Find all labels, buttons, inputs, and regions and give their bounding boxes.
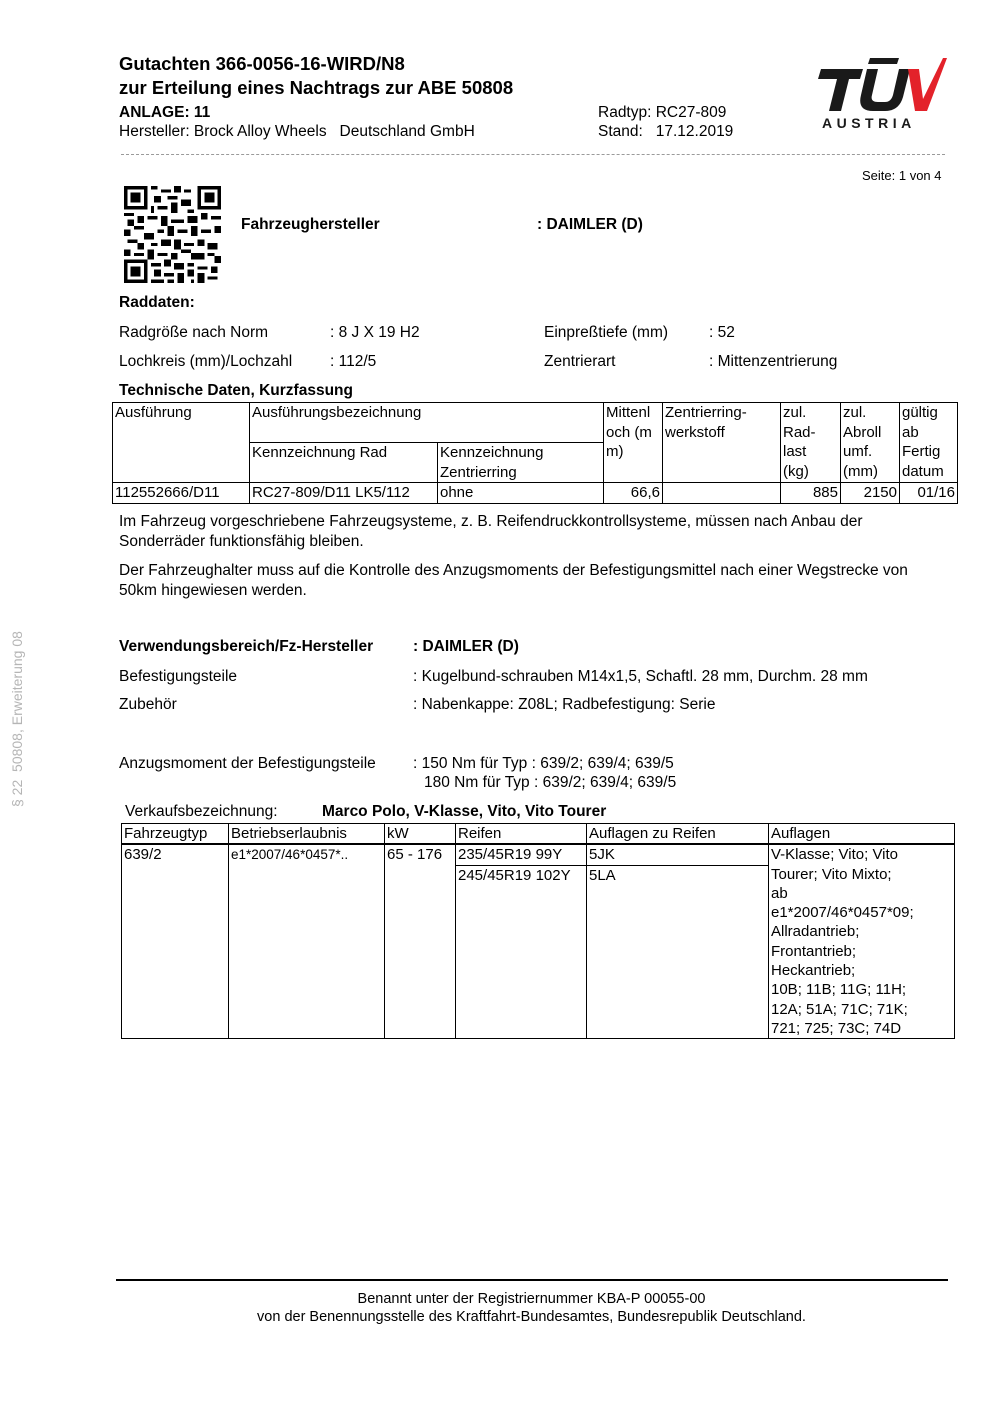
col-header-kenn-zentrierring: Kennzeichnung Zentrierring bbox=[438, 443, 604, 483]
usage-heading-label: Verwendungsbereich/Fz-Hersteller bbox=[119, 638, 373, 656]
cell-kenn-zentrierring: ohne bbox=[438, 483, 604, 504]
wheel-manufacturer: Hersteller: Brock Alloy Wheels Deutschla… bbox=[119, 123, 475, 141]
qr-code-icon bbox=[124, 186, 221, 283]
cell-gueltig: 01/16 bbox=[900, 483, 958, 504]
col-header-ausfuehrung: Ausführung bbox=[113, 403, 250, 483]
cell-kenn-rad: RC27-809/D11 LK5/112 bbox=[250, 483, 438, 504]
side-reference-note: § 22 50808, Erweiterung 08 bbox=[9, 597, 25, 807]
cell-kw: 65 - 176 bbox=[385, 844, 456, 1038]
field-label-radgroesse: Radgröße nach Norm bbox=[119, 324, 268, 342]
cell-radlast: 885 bbox=[781, 483, 841, 504]
footer-divider bbox=[116, 1279, 948, 1281]
field-value-lochkreis: : 112/5 bbox=[330, 353, 376, 371]
torque-value-1: : 150 Nm für Typ : 639/2; 639/4; 639/5 bbox=[413, 755, 674, 773]
field-value-zentrierart: : Mittenzentrierung bbox=[709, 353, 837, 371]
field-label-zentrierart: Zentrierart bbox=[544, 353, 616, 371]
usage-heading-value: : DAIMLER (D) bbox=[413, 638, 519, 656]
cell-auflagen: V-Klasse; Vito; Vito Tourer; Vito Mixto;… bbox=[769, 844, 955, 1038]
cell-werkstoff bbox=[663, 483, 781, 504]
footer-line-1: Benannt unter der Registriernummer KBA-P… bbox=[0, 1291, 993, 1307]
torque-label: Anzugsmoment der Befestigungsteile bbox=[119, 755, 376, 773]
col-header-mittenloch: Mittenl och (mm) bbox=[604, 403, 663, 483]
field-value-radgroesse: : 8 J X 19 H2 bbox=[330, 324, 420, 342]
cell-mittenloch: 66,6 bbox=[604, 483, 663, 504]
tech-heading: Technische Daten, Kurzfassung bbox=[119, 382, 353, 400]
cell-betriebserlaubnis: e1*2007/46*0457*.. bbox=[229, 844, 385, 1038]
document-title: Gutachten 366-0056-16-WIRD/N8 bbox=[119, 53, 405, 75]
document-subtitle: zur Erteilung eines Nachtrags zur ABE 50… bbox=[119, 77, 513, 99]
field-label-einpresstiefe: Einpreßtiefe (mm) bbox=[544, 324, 668, 342]
col-header-gueltig: gültig ab Fertig datum bbox=[900, 403, 958, 483]
cell-tyre-code: 5JK bbox=[587, 844, 769, 865]
raddaten-heading: Raddaten: bbox=[119, 294, 195, 312]
anlage-number: ANLAGE: 11 bbox=[119, 104, 210, 122]
manufacturer-value: : DAIMLER (D) bbox=[537, 216, 643, 234]
col-header-kw: kW bbox=[385, 824, 456, 845]
sales-value: Marco Polo, V-Klasse, Vito, Vito Tourer bbox=[322, 803, 606, 821]
field-value-einpresstiefe: : 52 bbox=[709, 324, 735, 342]
footer-line-2: von der Benennungsstelle des Kraftfahrt-… bbox=[0, 1309, 993, 1325]
torque-value-2: 180 Nm für Typ : 639/2; 639/4; 639/5 bbox=[424, 774, 676, 792]
col-header-fahrzeugtyp: Fahrzeugtyp bbox=[122, 824, 229, 845]
field-label-lochkreis: Lochkreis (mm)/Lochzahl bbox=[119, 353, 292, 371]
note-paragraph: Im Fahrzeug vorgeschriebene Fahrzeugsyst… bbox=[119, 512, 949, 551]
tuv-logo-icon bbox=[815, 55, 947, 115]
cell-tyre-code: 5LA bbox=[587, 865, 769, 1039]
tech-data-table: Ausführung Ausführungsbezeichnung Mitten… bbox=[112, 402, 958, 504]
field-label-zubehoer: Zubehör bbox=[119, 696, 177, 714]
vehicle-table: Fahrzeugtyp Betriebserlaubnis kW Reifen … bbox=[121, 823, 955, 1039]
cell-ausfuehrung: 112552666/D11 bbox=[113, 483, 250, 504]
cell-tyre-size: 235/45R19 99Y bbox=[456, 844, 587, 865]
col-header-abroll: zul. Abroll umf. (mm) bbox=[841, 403, 900, 483]
cell-tyre-size: 245/45R19 102Y bbox=[456, 865, 587, 1039]
field-label-befestigungsteile: Befestigungsteile bbox=[119, 668, 237, 686]
manufacturer-label: Fahrzeughersteller bbox=[241, 216, 380, 234]
cell-abroll: 2150 bbox=[841, 483, 900, 504]
logo-subtext: AUSTRIA bbox=[822, 115, 916, 131]
document-date: Stand: 17.12.2019 bbox=[598, 123, 733, 141]
header-divider bbox=[121, 154, 945, 155]
note-paragraph: Der Fahrzeughalter muss auf die Kontroll… bbox=[119, 561, 949, 600]
qr-code bbox=[124, 186, 221, 283]
col-header-auflagen-reifen: Auflagen zu Reifen bbox=[587, 824, 769, 845]
page-number: Seite: 1 von 4 bbox=[862, 168, 942, 183]
table-row: 112552666/D11 RC27-809/D11 LK5/112 ohne … bbox=[113, 483, 958, 504]
cell-fahrzeugtyp: 639/2 bbox=[122, 844, 229, 1038]
field-value-befestigungsteile: : Kugelbund-schrauben M14x1,5, Schaftl. … bbox=[413, 668, 868, 686]
col-header-reifen: Reifen bbox=[456, 824, 587, 845]
col-header-auflagen: Auflagen bbox=[769, 824, 955, 845]
col-header-radlast: zul. Rad- last (kg) bbox=[781, 403, 841, 483]
field-value-zubehoer: : Nabenkappe: Z08L; Radbefestigung: Seri… bbox=[413, 696, 715, 714]
col-header-werkstoff: Zentrierring- werkstoff bbox=[663, 403, 781, 483]
sales-label: Verkaufsbezeichnung: bbox=[125, 803, 278, 821]
wheel-type: Radtyp: RC27-809 bbox=[598, 104, 726, 122]
col-header-kenn-rad: Kennzeichnung Rad bbox=[250, 443, 438, 483]
col-header-bezeichnung: Ausführungsbezeichnung bbox=[250, 403, 604, 443]
table-row: 639/2 e1*2007/46*0457*.. 65 - 176 235/45… bbox=[122, 844, 955, 865]
col-header-betriebserlaubnis: Betriebserlaubnis bbox=[229, 824, 385, 845]
